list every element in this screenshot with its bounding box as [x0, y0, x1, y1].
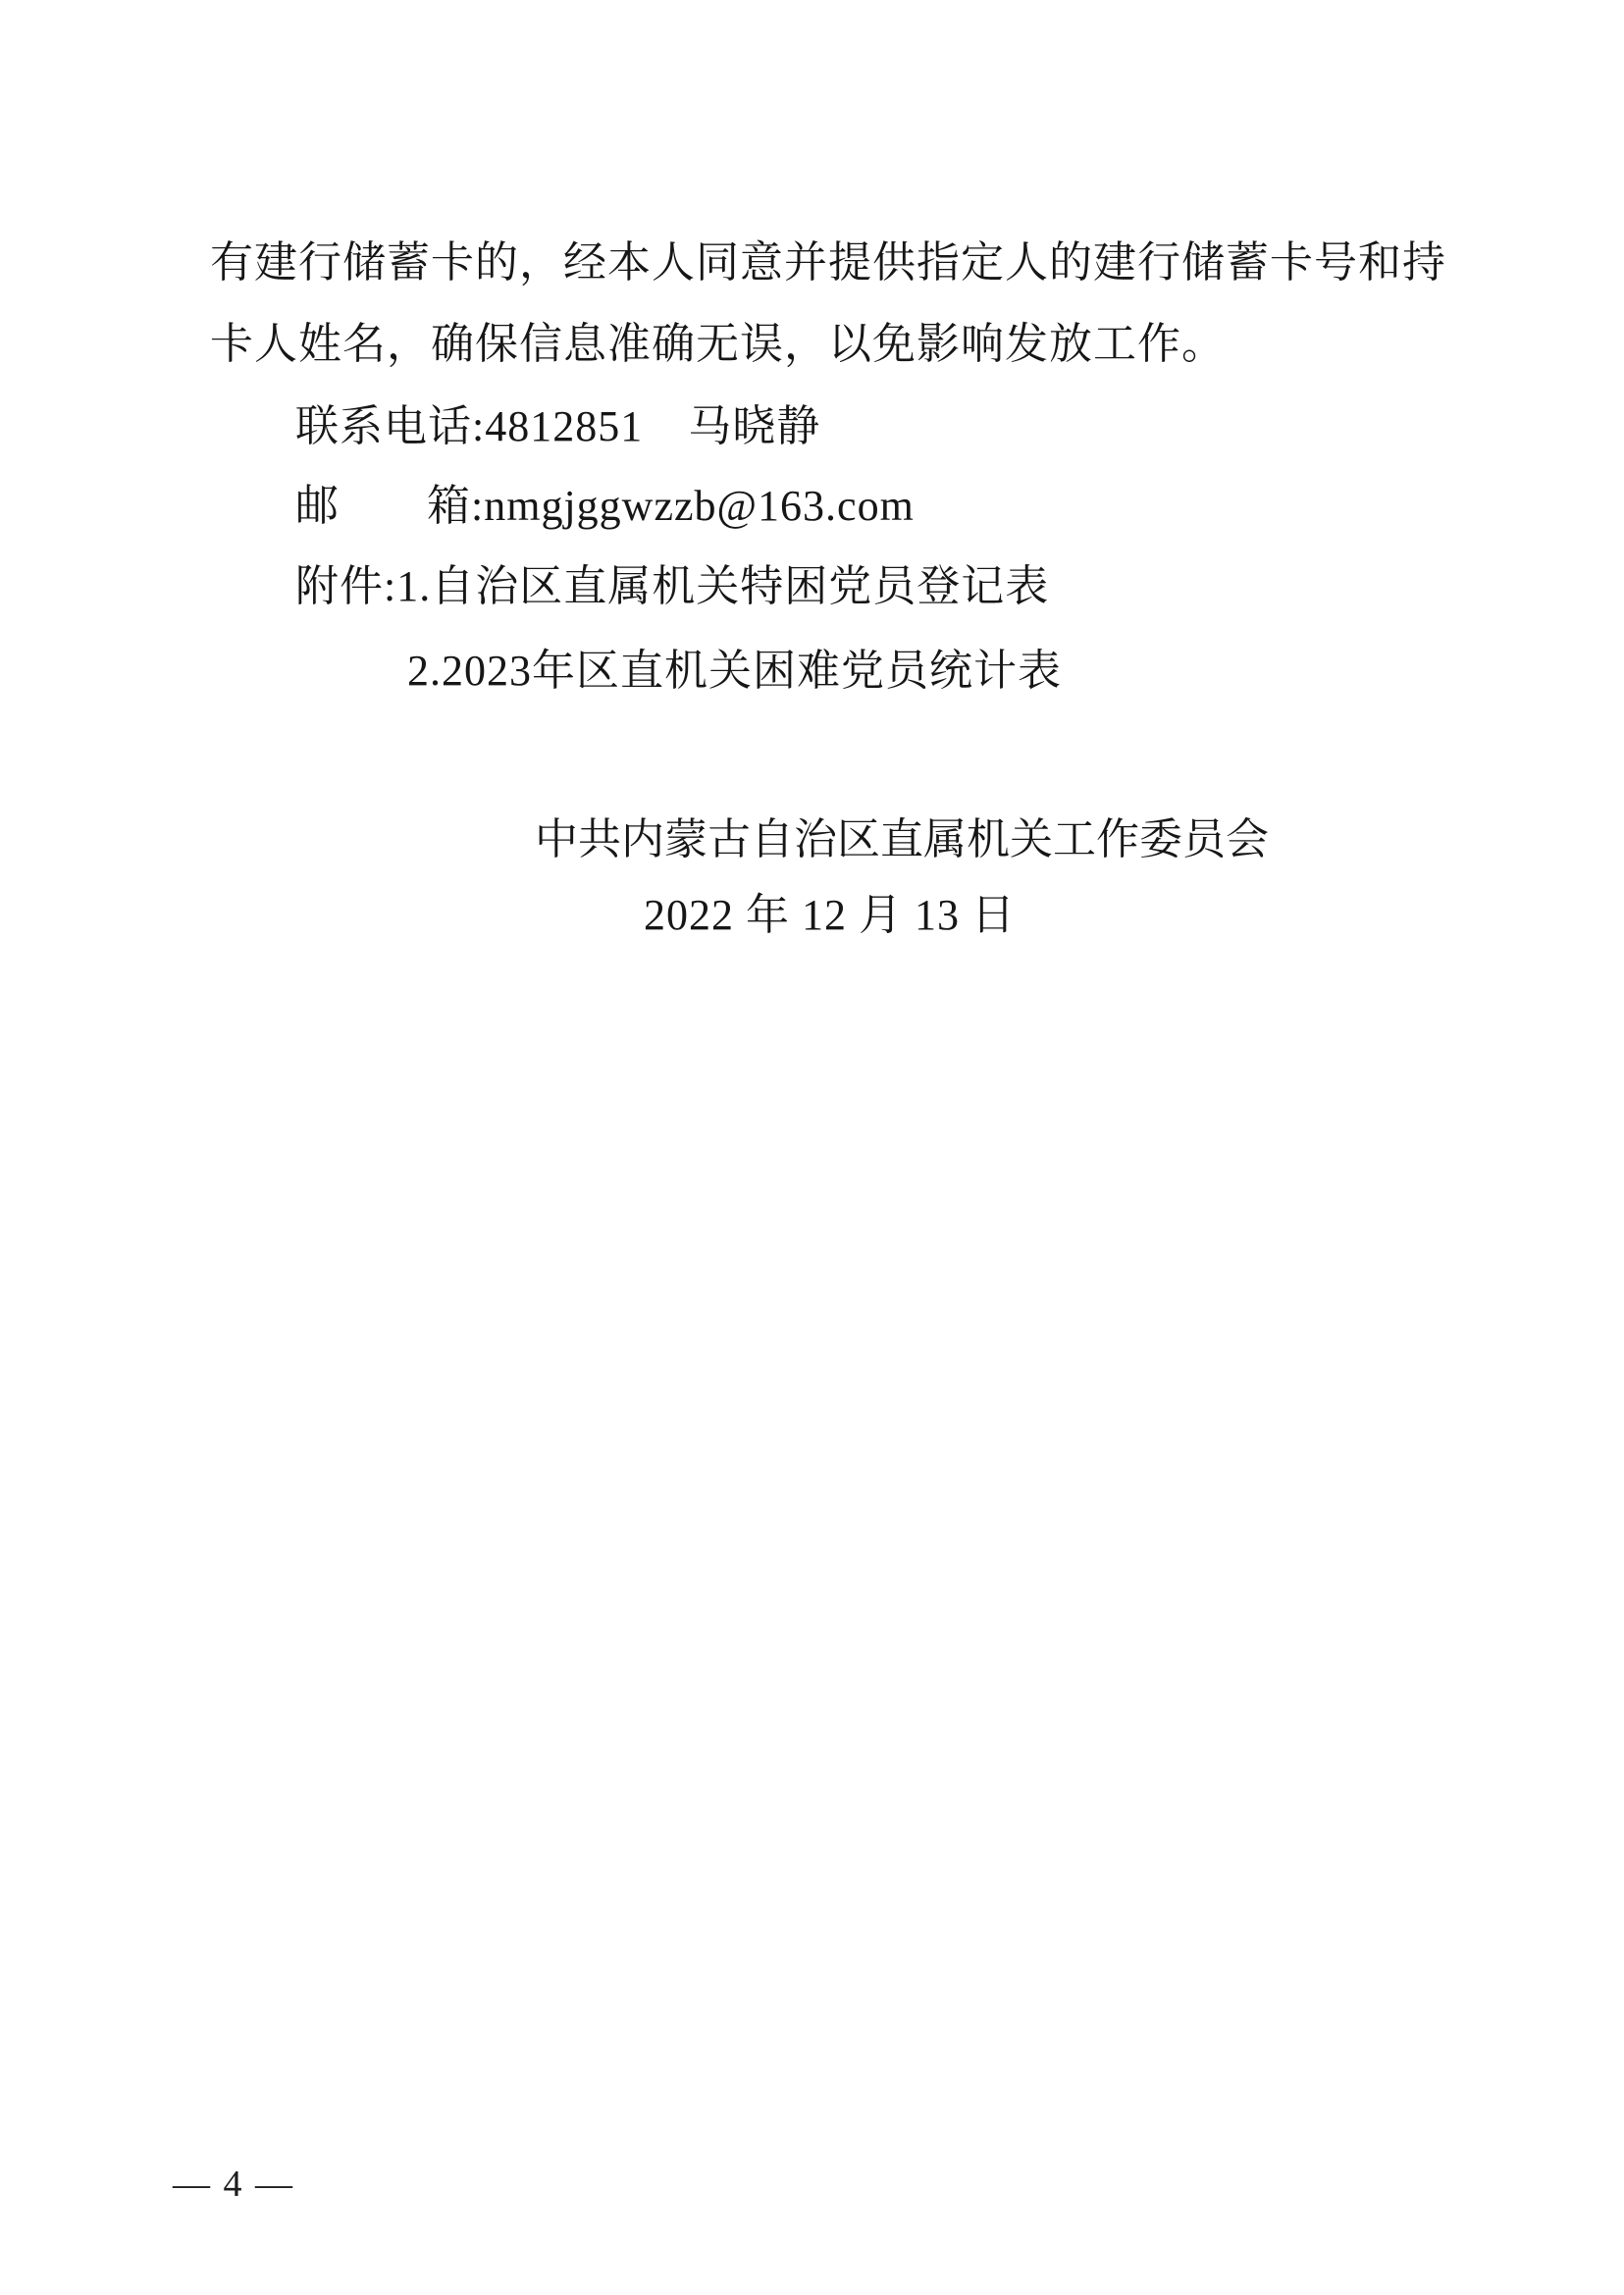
contact-phone-number: 4812851 — [485, 402, 643, 450]
contact-person-name: 马晓静 — [688, 402, 820, 450]
body-text-line-2: 卡人姓名，确保信息准确无误，以免影响发放工作。 — [210, 320, 1226, 368]
attachment-line-2: 2.2023年区直机关困难党员统计表 — [407, 647, 1062, 695]
attachment-line-1: 附件:1.自治区直属机关特困党员登记表 — [295, 562, 1049, 610]
contact-phone-line: 联系电话:4812851马晓静 — [295, 402, 820, 450]
issuer-line: 中共内蒙古自治区直属机关工作委员会 — [535, 815, 1269, 863]
email-label-right: 箱 — [427, 482, 471, 530]
contact-phone-label: 联系电话 — [295, 402, 472, 450]
contact-email-line: 邮箱:nmgjggwzzb@163.com — [295, 482, 915, 530]
attachment-label: 附件: — [295, 562, 396, 610]
document-page: 有建行储蓄卡的，经本人同意并提供指定人的建行储蓄卡号和持 卡人姓名，确保信息准确… — [0, 0, 1624, 2295]
contact-phone-colon: : — [472, 402, 485, 450]
attachment-item-1: 1.自治区直属机关特困党员登记表 — [396, 562, 1049, 610]
email-colon: : — [471, 482, 484, 530]
email-label-left: 邮 — [295, 482, 340, 530]
page-number: — 4 — — [173, 2165, 294, 2206]
body-text-line-1: 有建行储蓄卡的，经本人同意并提供指定人的建行储蓄卡号和持 — [210, 238, 1446, 287]
date-line: 2022 年 12 月 13 日 — [644, 891, 1016, 939]
email-address: nmgjggwzzb@163.com — [484, 482, 915, 530]
